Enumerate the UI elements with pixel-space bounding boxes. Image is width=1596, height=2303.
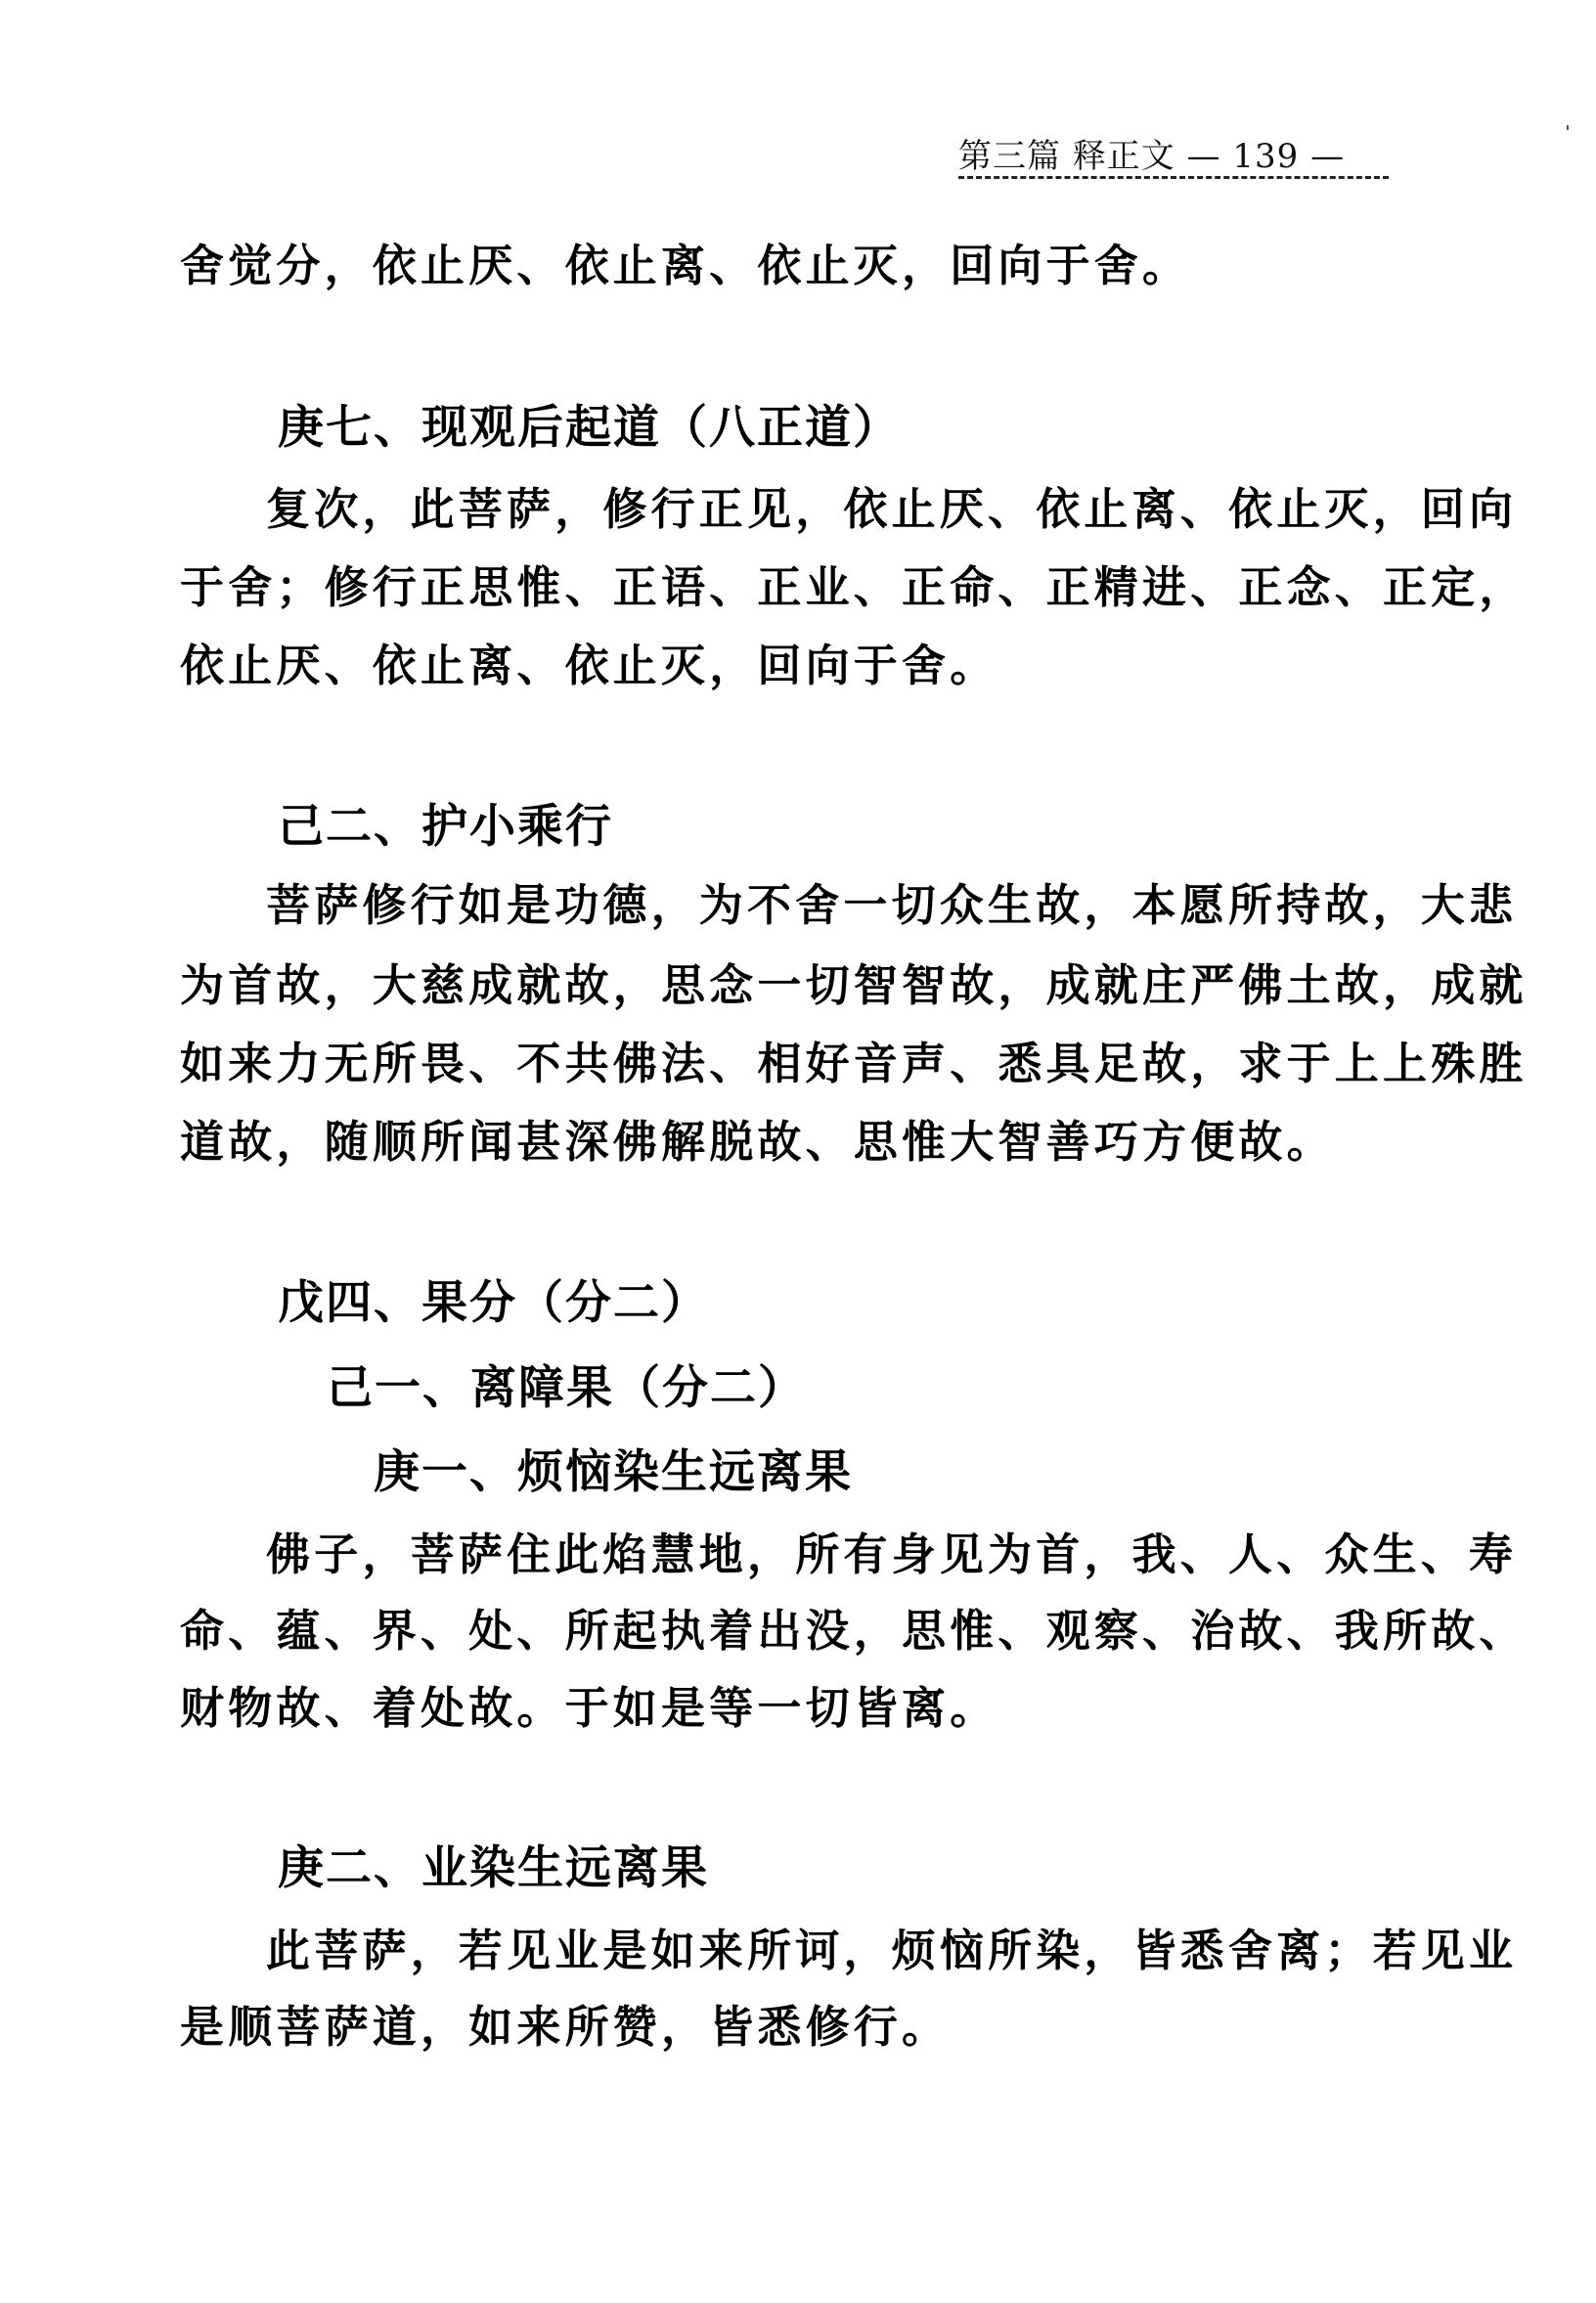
body-line: 依止厌、依止离、依止灭，回向于舍。 [180,639,1393,693]
header-rule [958,176,1389,179]
running-header: 第三篇 释正文 — 139 — [958,129,1389,172]
scan-speck [1567,125,1569,130]
section-heading: 戊四、果分（分二） [278,1275,709,1332]
body-line: 财物故、着处故。于如是等一切皆离。 [180,1681,1393,1736]
body-line: 为首故，大慈成就故，思念一切智智故，成就庄严佛土故，成就 [180,958,1393,1013]
body-line: 如来力无所畏、不共佛法、相好音声、悉具足故，求于上上殊胜 [180,1037,1393,1091]
section-heading: 庚一、烦恼染生远离果 [374,1444,853,1501]
body-line: 复次，此菩萨，修行正见，依止厌、依止离、依止灭，回向 [266,482,1479,537]
section-heading: 己一、离障果（分二） [327,1360,806,1417]
body-line: 此菩萨，若见业是如来所诃，烦恼所染，皆悉舍离；若见业 [266,1924,1479,1978]
section-heading: 己二、护小乘行 [278,799,613,856]
body-line: 命、蕴、界、处、所起执着出没，思惟、观察、治故、我所故、 [180,1604,1393,1659]
section-heading: 庚七、现观后起道（八正道） [278,400,901,457]
body-line: 于舍；修行正思惟、正语、正业、正命、正精进、正念、正定， [180,560,1393,615]
body-line: 道故，随顺所闻甚深佛解脱故、思惟大智善巧方便故。 [180,1115,1393,1170]
body-line: 舍觉分，依止厌、依止离、依止灭，回向于舍。 [180,239,1393,293]
body-line: 是顺菩萨道，如来所赞，皆悉修行。 [180,2000,1393,2055]
body-line: 菩萨修行如是功德，为不舍一切众生故，本愿所持故，大悲 [266,878,1479,933]
body-line: 佛子，菩萨住此焰慧地，所有身见为首，我、人、众生、寿 [266,1528,1479,1582]
section-heading: 庚二、业染生远离果 [278,1840,709,1897]
